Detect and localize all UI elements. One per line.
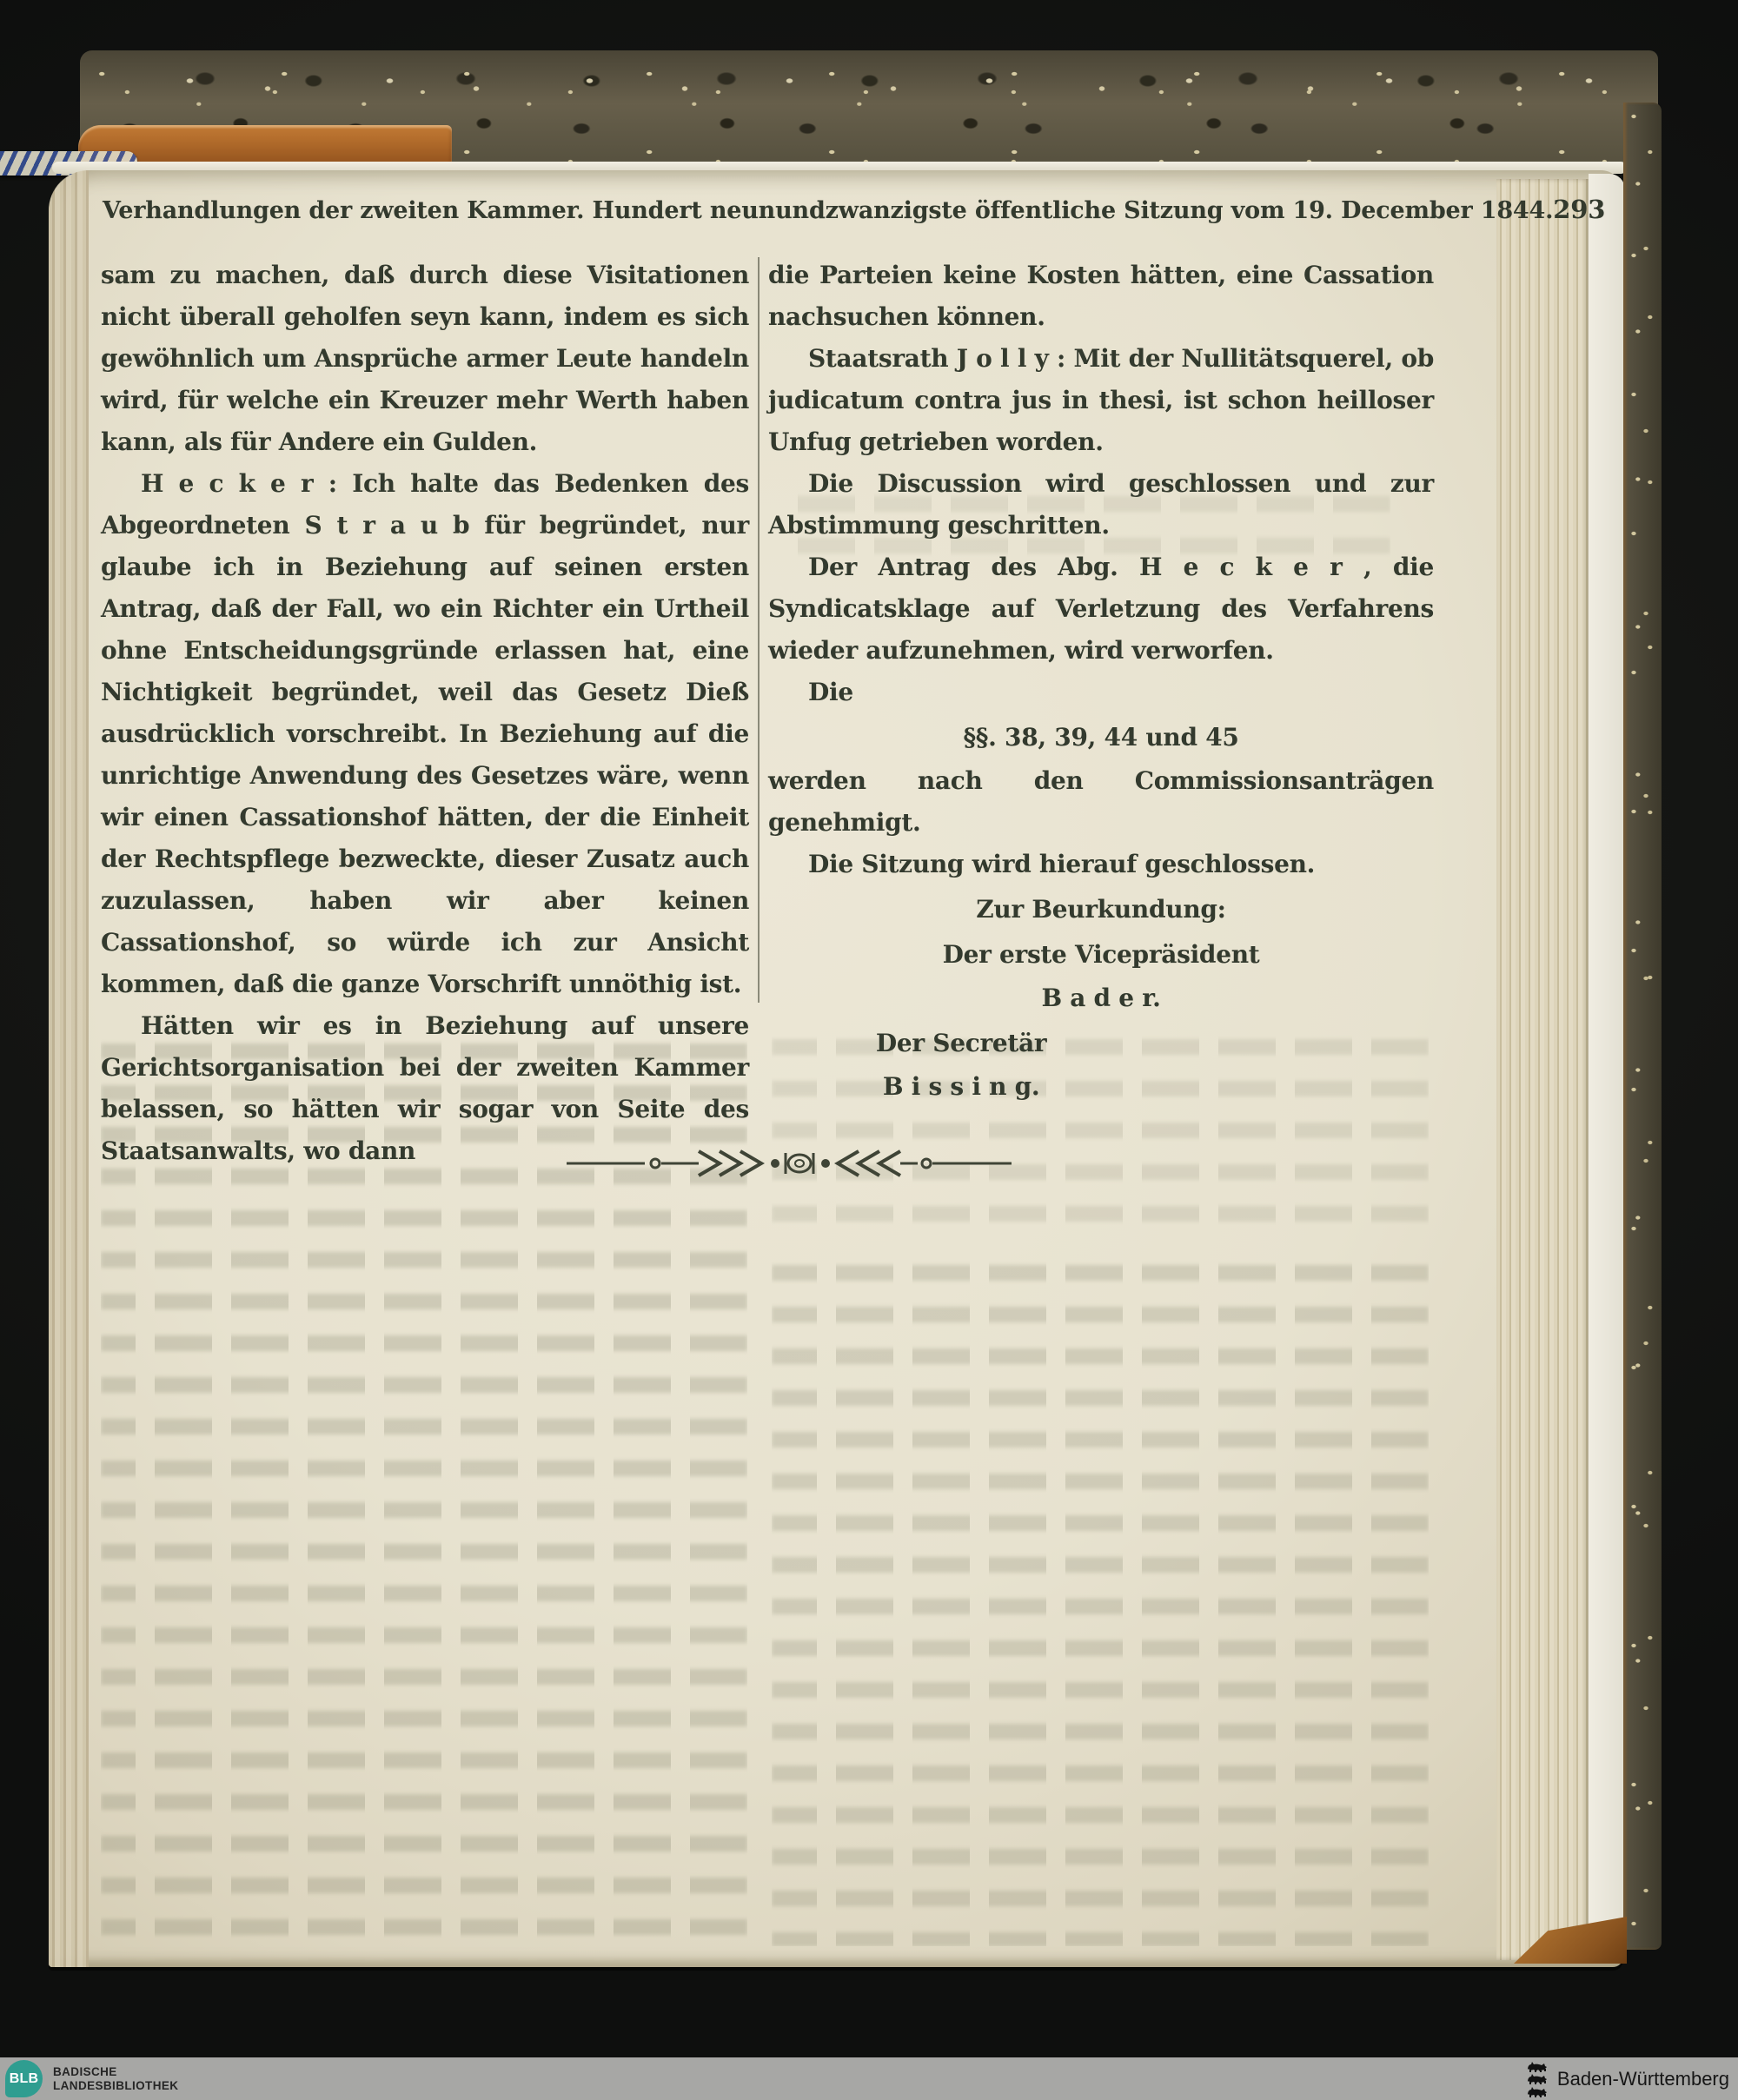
paragraph: die Parteien keine Kosten hätten, eine C… (768, 255, 1434, 338)
paragraph: sam zu machen, daß durch diese Visitatio… (101, 255, 749, 463)
page-stack-fore-edge (1496, 179, 1590, 1960)
paragraph: werden nach den Commissionsanträgen gene… (768, 760, 1434, 844)
library-name-line2: LANDESBIBLIOTHEK (53, 2079, 178, 2093)
scan-viewer: { "scan": { "header": { "title": "Verhan… (0, 0, 1738, 2100)
column-divider-rule (758, 257, 760, 1003)
page-number: 293 (1553, 195, 1605, 224)
paragraph: Der Secretär (768, 1023, 1154, 1064)
book-board-right-sliver (1623, 103, 1662, 1950)
paragraph: Staatsrath J o l l y : Mit der Nullitäts… (768, 338, 1434, 463)
state-branding: Baden-Württemberg (1526, 2061, 1729, 2097)
running-head-title: Verhandlungen der zweiten Kammer. Hunder… (103, 197, 1553, 224)
blb-logo-text: BLB (10, 2071, 38, 2087)
blb-logo: BLB (5, 2060, 43, 2097)
paragraph: Die (768, 672, 1434, 713)
library-branding: BLB BADISCHE LANDESBIBLIOTHEK (5, 2060, 178, 2097)
running-head: Verhandlungen der zweiten Kammer. Hunder… (103, 195, 1536, 224)
paragraph: Die Discussion wird geschlossen und zur … (768, 463, 1434, 547)
library-name: BADISCHE LANDESBIBLIOTHEK (53, 2065, 178, 2093)
paragraph: Der erste Vicepräsident (768, 934, 1434, 976)
page-left-curl-edge (49, 170, 89, 1967)
viewer-footer-bar: BLB BADISCHE LANDESBIBLIOTHEK (0, 2057, 1738, 2100)
baden-wuerttemberg-lions-icon (1526, 2061, 1549, 2097)
paragraph: §§. 38, 39, 44 und 45 (768, 717, 1434, 759)
library-name-line1: BADISCHE (53, 2065, 178, 2079)
page-outer-white-edge (1589, 174, 1625, 1964)
paragraph: B a d e r. (768, 977, 1434, 1019)
text-column-left: sam zu machen, daß durch diese Visitatio… (101, 255, 749, 1172)
state-label: Baden-Württemberg (1557, 2068, 1729, 2090)
paragraph: H e c k e r : Ich halte das Bedenken des… (101, 463, 749, 1005)
paragraph: B i s s i n g. (768, 1066, 1154, 1108)
paragraph: Zur Beurkundung: (768, 889, 1434, 931)
paragraph: Der Antrag des Abg. H e c k e r , die Sy… (768, 547, 1434, 672)
text-column-right: die Parteien keine Kosten hätten, eine C… (768, 255, 1434, 1108)
verso-bleedthrough-right-lower (772, 1251, 1429, 1946)
section-ornament (567, 1143, 1012, 1183)
paragraph: Die Sitzung wird hierauf geschlossen. (768, 844, 1434, 885)
